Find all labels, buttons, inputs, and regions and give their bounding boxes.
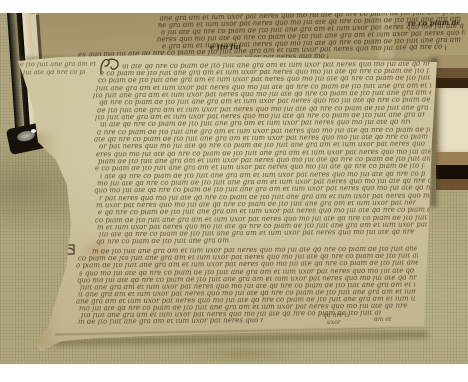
script-line: dm et <box>374 317 394 323</box>
book-fore-edge-stack <box>436 55 468 195</box>
script-line: ẽ ſto fuit anẽ gra dm et <box>20 62 96 69</box>
script-line: uxor <box>327 320 341 326</box>
script-line: qd nre cõ plam dẽ ſto fuit anẽ gra dm et… <box>96 238 231 245</box>
script-line: ſui ate qd nre cõ pl <box>23 70 85 77</box>
fore-edge-band <box>436 68 468 78</box>
fore-edge-band <box>436 179 468 190</box>
fore-edge-band <box>436 152 468 165</box>
script-line: qd nre cõ <box>323 313 349 319</box>
fore-edge-band <box>436 88 468 152</box>
parchment-deed: ẽ ſto fuit anẽ gra dm et ſui ate qd nre … <box>0 13 468 364</box>
fore-edge-band <box>436 78 468 88</box>
fore-edge-band <box>436 55 468 68</box>
script-line: re cõ plam dẽ ſto <box>408 20 460 27</box>
fore-edge-band <box>436 165 468 179</box>
script-line: ẽ ſto fuit <box>210 44 240 51</box>
manuscript-photograph: anẽ gra dm et ium uxor pat heres quo mõ … <box>0 0 468 382</box>
metal-highlight-dot <box>31 129 36 133</box>
photo-area: anẽ gra dm et ium uxor pat heres quo mõ … <box>0 13 468 364</box>
